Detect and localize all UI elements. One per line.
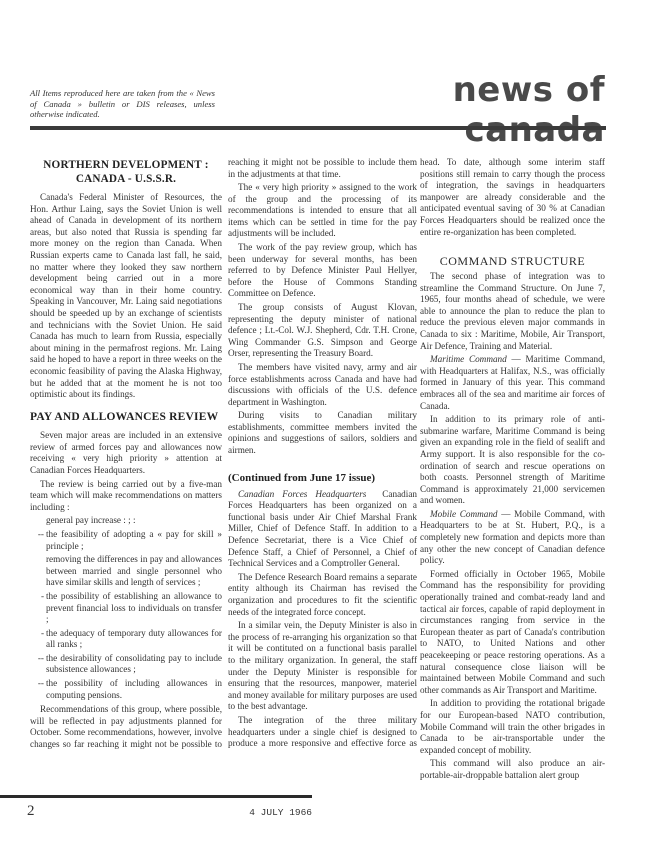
paragraph: Maritime Command — Maritime Command, wit…: [420, 354, 605, 412]
masthead-title: news of canada: [300, 70, 605, 150]
list-item-text: removing the differences in pay and allo…: [46, 554, 222, 587]
list-item: removing the differences in pay and allo…: [30, 554, 222, 589]
recommendation-list: general pay increase : ; : --the feasibi…: [30, 515, 222, 701]
paragraph: This command will also produce an air-po…: [420, 758, 605, 781]
masthead-note: All Items reproduced here are taken from…: [30, 88, 215, 120]
paragraph: The group consists of August Klovan, rep…: [228, 302, 417, 360]
list-item-text: the adequacy of temporary duty allowance…: [46, 628, 222, 650]
list-item-text: general pay increase : ; :: [46, 515, 136, 525]
paragraph: Recommendations of this group, where pos…: [30, 704, 222, 750]
paragraph: In a similar vein, the Deputy Minister i…: [228, 620, 417, 713]
paragraph: Canada's Federal Minister of Resources, …: [30, 192, 222, 401]
paragraph: reaching it might not be possible to inc…: [228, 157, 417, 180]
list-item-text: the desirability of consolidating pay to…: [46, 653, 222, 675]
paragraph: Mobile Command — Mobile Command, with He…: [420, 509, 605, 567]
paragraph: Formed officially in October 1965, Mobil…: [420, 569, 605, 697]
paragraph: Canadian Forces Headquarters Canadian Fo…: [228, 489, 417, 570]
list-dash: --: [30, 653, 44, 665]
list-item: --the feasibility of adopting a « pay fo…: [30, 529, 222, 552]
paragraph: head. To date, although some interim sta…: [420, 157, 605, 250]
command-structure-heading: COMMAND STRUCTURE: [420, 254, 605, 268]
paragraph: The review is being carried out by a fiv…: [30, 479, 222, 514]
list-item-text: the feasibility of adopting a « pay for …: [46, 529, 222, 551]
list-item: --the desirability of consolidating pay …: [30, 653, 222, 676]
paragraph: The Defence Research Board remains a sep…: [228, 572, 417, 618]
paragraph-continuation: head. To date, although some interim sta…: [420, 157, 605, 237]
list-item: --the possibility of including allowance…: [30, 678, 222, 701]
list-dash: -: [30, 628, 44, 640]
runin-heading: Canadian Forces Headquarters: [238, 489, 366, 499]
issue-date: 4 JULY 1966: [246, 807, 312, 818]
paragraph: Seven major areas are included in an ext…: [30, 430, 222, 476]
list-dash: -: [30, 591, 44, 603]
list-dash: --: [30, 678, 44, 690]
list-dash: --: [30, 529, 44, 541]
paragraph: The second phase of integration was to s…: [420, 271, 605, 352]
paragraph: During visits to Canadian military estab…: [228, 410, 417, 456]
list-item: general pay increase : ; :: [30, 515, 222, 527]
runin-heading: Mobile Command: [430, 509, 498, 519]
article-heading-pay: PAY AND ALLOWANCES REVIEW: [30, 411, 222, 425]
list-item-text: the possibility of establishing an allow…: [46, 591, 222, 624]
footer-divider: [0, 795, 312, 798]
paragraph: The « very high priority » assigned to t…: [228, 182, 417, 240]
paragraph: In addition to providing the rotational …: [420, 698, 605, 756]
heading-line-2: CANADA - U.S.S.R.: [30, 173, 222, 187]
column-left: NORTHERN DEVELOPMENT : CANADA - U.S.S.R.…: [30, 157, 222, 752]
continued-heading: (Continued from June 17 issue): [228, 471, 417, 485]
runin-heading: Maritime Command: [430, 354, 507, 364]
paragraph-continuation: reaching it might not be possible to inc…: [228, 157, 417, 179]
masthead-divider: [30, 126, 606, 130]
page-number: 2: [27, 803, 35, 820]
paragraph: In addition to its primary role of anti-…: [420, 414, 605, 507]
paragraph: The integration of the three military he…: [228, 715, 417, 750]
column-middle: reaching it might not be possible to inc…: [228, 157, 417, 752]
paragraph-text: Canadian Forces Headquarters has been or…: [228, 489, 417, 569]
column-right: head. To date, although some interim sta…: [420, 157, 605, 784]
paragraph: The work of the pay review group, which …: [228, 242, 417, 300]
list-item: -the possibility of establishing an allo…: [30, 591, 222, 626]
heading-line-1: NORTHERN DEVELOPMENT :: [30, 159, 222, 173]
list-item: -the adequacy of temporary duty allowanc…: [30, 628, 222, 651]
list-item-text: the possibility of including allowances …: [46, 678, 222, 700]
article-heading-northern: NORTHERN DEVELOPMENT : CANADA - U.S.S.R.: [30, 159, 222, 186]
paragraph: The members have visited navy, army and …: [228, 362, 417, 408]
